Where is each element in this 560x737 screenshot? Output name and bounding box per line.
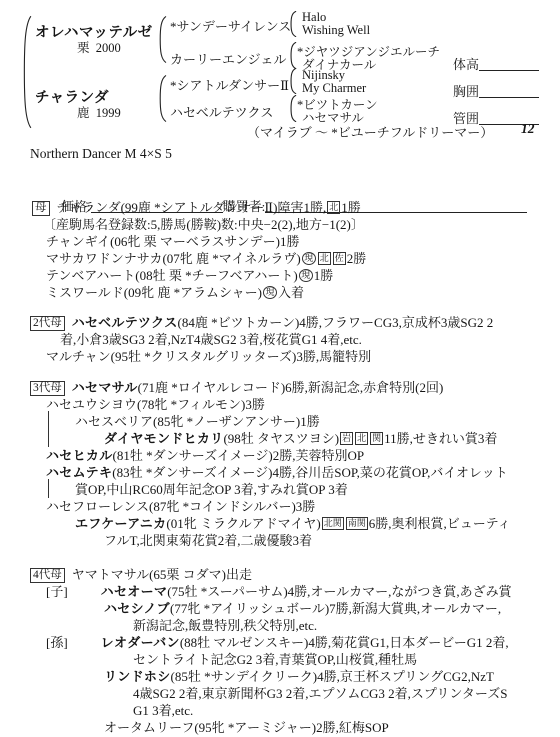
- text-segment: (85牡 *サンデイクリーク)4勝,京王杯スプリングCG2,NzT: [171, 669, 494, 684]
- pedigree-text-line: フルT,北関東菊花賞2着,二歳優駿3着: [104, 532, 312, 549]
- pedigree-text-line: 着,小倉3歳SG3 2着,NzT4歳SG2 3着,桜花賞G1 4着,etc.: [60, 331, 362, 348]
- sire-dam-name: カーリーエンジェル: [170, 49, 286, 68]
- pedigree-bracket-gp2: [290, 42, 297, 69]
- chest-blank: [479, 84, 539, 98]
- text-segment: 賞OP,中山RC60周年記念OP 3着,すみれ賞OP 3着: [75, 482, 348, 497]
- generation-label: 4代母: [30, 568, 65, 583]
- text-segment: 6勝,奥利根賞,ビューティ: [369, 516, 511, 531]
- dam-sire-name: *シアトルダンサーⅡ: [170, 75, 289, 94]
- pedigree-text-line: ハセヒカル(81牡 *ダンサーズイメージ)2勝,芙蓉特別OP: [46, 447, 364, 464]
- text-segment: チャランダ(99鹿 *シアトルダンサーⅡ)障害1勝,: [57, 200, 327, 215]
- text-segment: 4歳SG2 2着,東京新聞杯G3 2着,エプソムCG3 2着,スプリンターズS: [133, 686, 507, 701]
- sire-coat-year: 栗 2000: [77, 38, 121, 56]
- generation-label: 2代母: [30, 316, 65, 331]
- family-section-second-dam: 2代母ハセベルテツクス(84鹿 *ビツトカーン)4勝,フラワーCG3,京成杯3歳…: [0, 314, 560, 365]
- text-segment: ハセスベリア(85牝 *ノーザンアンサー)1勝: [75, 414, 320, 429]
- region-mark-box: 北関: [322, 517, 344, 530]
- text-segment: (81牡 *ダンサーズイメージ)2勝,芙蓉特別OP: [113, 448, 365, 463]
- pedigree-text-line: [子]ハセオーマ(75牡 *スーパーサム)4勝,オールカマー,ながつき賞,あざみ…: [46, 583, 512, 600]
- region-mark-box: 北: [327, 201, 340, 214]
- horse-name-bold: ハセムテキ: [46, 465, 112, 480]
- status-mark-circle: 現: [299, 269, 313, 282]
- text-segment: (75牡 *スーパーサム)4勝,オールカマー,ながつき賞,あざみ賞: [167, 584, 511, 599]
- pedigree-text-line: ハセシノブ(77牝 *アイリッシュボール)7勝,新潟大賞典,オールカマー,: [104, 600, 501, 617]
- pedigree-text-line: 母チャランダ(99鹿 *シアトルダンサーⅡ)障害1勝,北1勝: [32, 199, 361, 216]
- pedigree-text-line: ハセスベリア(85牝 *ノーザンアンサー)1勝: [75, 413, 320, 430]
- pedigree-bracket-gp4: [290, 95, 297, 122]
- text-segment: (77牝 *アイリッシュボール)7勝,新潟大賞典,オールカマー,: [170, 601, 501, 616]
- pedigree-bracket-outer: [23, 15, 32, 129]
- pedigree-text-line: セントライト記念G2 3着,青葉賞OP,山桜賞,種牡馬: [133, 651, 417, 668]
- pedigree-text-line: G1 3着,etc.: [133, 702, 193, 719]
- horse-name-bold: エフケーアニカ: [75, 516, 166, 531]
- pedigree-text-line: 3代母ハセマサル(71鹿 *ロイヤルレコード)6勝,新潟記念,赤倉特別(2回): [30, 379, 443, 396]
- text-segment: G1 3着,etc.: [133, 703, 193, 718]
- dam-sire-dam: My Charmer: [302, 81, 366, 96]
- text-segment: ヤマトマサル(65栗 コダマ)出走: [72, 567, 252, 582]
- horse-name-bold: ハセベルテツクス: [72, 315, 178, 330]
- pedigree-bracket-sire: [159, 16, 167, 63]
- horse-name-bold: ハセヒカル: [46, 448, 113, 463]
- text-segment: 2勝: [347, 251, 367, 266]
- descent-connector-line: [48, 479, 49, 498]
- text-segment: (84鹿 *ビツトカーン)4勝,フラワーCG3,京成杯3歳SG2 2: [178, 315, 494, 330]
- measurement-height: 体高: [453, 54, 539, 73]
- pedigree-text-line: ハセユウシヨウ(78牝 *フィルモン)3勝: [46, 396, 265, 413]
- sire-sire-dam: Wishing Well: [302, 23, 370, 38]
- pedigree-text-line: 4代母ヤマトマサル(65栗 コダマ)出走: [30, 566, 252, 583]
- pedigree-bracket-gp3: [290, 68, 297, 94]
- text-segment: 新潟記念,飯豊特別,秩父特別,etc.: [133, 618, 317, 633]
- region-mark-box: 佐: [333, 252, 346, 265]
- sire-sire-name: *サンデーサイレンス: [170, 16, 291, 35]
- pedigree-text-line: マルチャン(95牡 *クリスタルグリッターズ)3勝,馬籠特別: [46, 348, 371, 365]
- height-label: 体高: [453, 57, 479, 72]
- catalog-page: オレハマッテルゼ 栗 2000 *サンデーサイレンス Halo Wishing …: [0, 0, 560, 737]
- text-segment: (88牡 マルゼンスキー)4勝,菊花賞G1,日本ダービーG1 2着,: [180, 635, 509, 650]
- horse-name-bold: レオダーバン: [101, 635, 180, 650]
- region-mark-box: 南関: [346, 517, 368, 530]
- region-mark-box: 岩: [340, 432, 353, 445]
- text-segment: チャンギイ(06牝 栗 マーベラスサンデー)1勝: [46, 234, 299, 249]
- text-segment: 着,小倉3歳SG3 2着,NzT4歳SG2 3着,桜花賞G1 4着,etc.: [60, 332, 362, 347]
- dam-dam-name: ハセベルテツクス: [170, 102, 273, 121]
- text-segment: 入着: [278, 285, 304, 300]
- pedigree-text-line: 2代母ハセベルテツクス(84鹿 *ビツトカーン)4勝,フラワーCG3,京成杯3歳…: [30, 314, 493, 331]
- dam-coat-year: 鹿 1999: [77, 103, 121, 121]
- pedigree-text-line: ハセフローレンス(87牝 *コインドシルバー)3勝: [46, 498, 315, 515]
- pedigree-text-line: 4歳SG2 2着,東京新聞杯G3 2着,エプソムCG3 2着,スプリンターズS: [133, 685, 507, 702]
- pedigree-text-line: リンドホシ(85牡 *サンデイクリーク)4勝,京王杯スプリングCG2,NzT: [104, 668, 494, 685]
- text-segment: (98牡 タヤスツヨシ): [223, 431, 339, 446]
- measurement-chest: 胸囲: [453, 81, 539, 100]
- text-segment: (01牝 ミラクルアドマイヤ): [166, 516, 320, 531]
- text-segment: (71鹿 *ロイヤルレコード)6勝,新潟記念,赤倉特別(2回): [138, 380, 444, 395]
- text-segment: 11勝,せきれい賞3着: [384, 431, 497, 446]
- inbreeding-note: Northern Dancer M 4×S 5: [30, 146, 172, 162]
- family-section-fourth-dam: 4代母ヤマトマサル(65栗 コダマ)出走[子]ハセオーマ(75牡 *スーパーサム…: [0, 566, 560, 736]
- pedigree-text-line: 新潟記念,飯豊特別,秩父特別,etc.: [133, 617, 317, 634]
- family-note: （マイラブ 〜 *ビユーチフルドリーマー）: [247, 122, 493, 141]
- text-segment: ミスワールド(09牝 鹿 *アラムシャー): [46, 285, 262, 300]
- text-segment: フルT,北関東菊花賞2着,二歳優駿3着: [104, 533, 312, 548]
- text-segment: テンベアハート(08牡 栗 *チーフベアハート): [46, 268, 298, 283]
- pedigree-text-line: チャンギイ(06牝 栗 マーベラスサンデー)1勝: [46, 233, 299, 250]
- region-mark-box: 関: [370, 432, 383, 445]
- text-segment: [孫]: [46, 635, 68, 650]
- text-segment: 1勝: [314, 268, 334, 283]
- pedigree-text-line: マサカワドンナサカ(07牝 鹿 *マイネルラヴ)現北佐2勝: [46, 250, 366, 267]
- status-mark-circle: 現: [302, 252, 316, 265]
- pedigree-text-line: [孫]レオダーバン(88牡 マルゼンスキー)4勝,菊花賞G1,日本ダービーG1 …: [46, 634, 509, 651]
- family-section-third-dam: 3代母ハセマサル(71鹿 *ロイヤルレコード)6勝,新潟記念,赤倉特別(2回)ハ…: [0, 379, 560, 549]
- pedigree-text-line: 〔産駒馬名登録数:5,勝馬(勝鞍)数:中央−2(2),地方−1(2)〕: [43, 216, 364, 233]
- height-blank: [479, 57, 539, 71]
- family-number: 12: [521, 121, 535, 137]
- pedigree-text-line: エフケーアニカ(01牝 ミラクルアドマイヤ)北関南関6勝,奥利根賞,ビューティ: [75, 515, 511, 532]
- region-mark-box: 北: [318, 252, 331, 265]
- text-segment: 〔産駒馬名登録数:5,勝馬(勝鞍)数:中央−2(2),地方−1(2)〕: [43, 217, 364, 232]
- text-segment: セントライト記念G2 3着,青葉賞OP,山桜賞,種牡馬: [133, 652, 417, 667]
- region-mark-box: 北: [355, 432, 368, 445]
- pedigree-text-line: オータムリーフ(95牝 *アーミジャー)2勝,紅梅SOP: [104, 719, 389, 736]
- generation-label: 3代母: [30, 381, 65, 396]
- pedigree-text-line: テンベアハート(08牡 栗 *チーフベアハート)現1勝: [46, 267, 333, 284]
- text-segment: (83牡 *ダンサーズイメージ)4勝,谷川岳SOP,菜の花賞OP,バイオレット: [112, 465, 508, 480]
- generation-label: 母: [32, 201, 50, 216]
- text-segment: ハセユウシヨウ(78牝 *フィルモン)3勝: [46, 397, 265, 412]
- text-segment: マサカワドンナサカ(07牝 鹿 *マイネルラヴ): [46, 251, 301, 266]
- horse-name-bold: ハセオーマ: [101, 584, 168, 599]
- text-segment: マルチャン(95牡 *クリスタルグリッターズ)3勝,馬籠特別: [46, 349, 371, 364]
- chest-label: 胸囲: [453, 84, 479, 99]
- text-segment: ハセフローレンス(87牝 *コインドシルバー)3勝: [46, 499, 315, 514]
- horse-name-bold: ハセシノブ: [104, 601, 170, 616]
- horse-name-bold: ダイヤモンドヒカリ: [104, 431, 223, 446]
- descent-connector-line: [48, 428, 49, 447]
- horse-name-bold: リンドホシ: [104, 669, 171, 684]
- horse-name-bold: ハセマサル: [72, 380, 138, 395]
- pedigree-bracket-dam: [159, 75, 167, 122]
- status-mark-circle: 現: [263, 286, 277, 299]
- pedigree-text-line: 賞OP,中山RC60周年記念OP 3着,すみれ賞OP 3着: [75, 481, 348, 498]
- text-segment: [子]: [46, 584, 68, 599]
- text-segment: オータムリーフ(95牝 *アーミジャー)2勝,紅梅SOP: [104, 720, 389, 735]
- pedigree-text-line: ダイヤモンドヒカリ(98牡 タヤスツヨシ)岩北関11勝,せきれい賞3着: [104, 430, 497, 447]
- text-segment: 1勝: [341, 200, 361, 215]
- family-section-mother: 母チャランダ(99鹿 *シアトルダンサーⅡ)障害1勝,北1勝〔産駒馬名登録数:5…: [0, 199, 560, 301]
- pedigree-text-line: ハセムテキ(83牡 *ダンサーズイメージ)4勝,谷川岳SOP,菜の花賞OP,バイ…: [46, 464, 508, 481]
- pedigree-text-line: ミスワールド(09牝 鹿 *アラムシャー)現入着: [46, 284, 304, 301]
